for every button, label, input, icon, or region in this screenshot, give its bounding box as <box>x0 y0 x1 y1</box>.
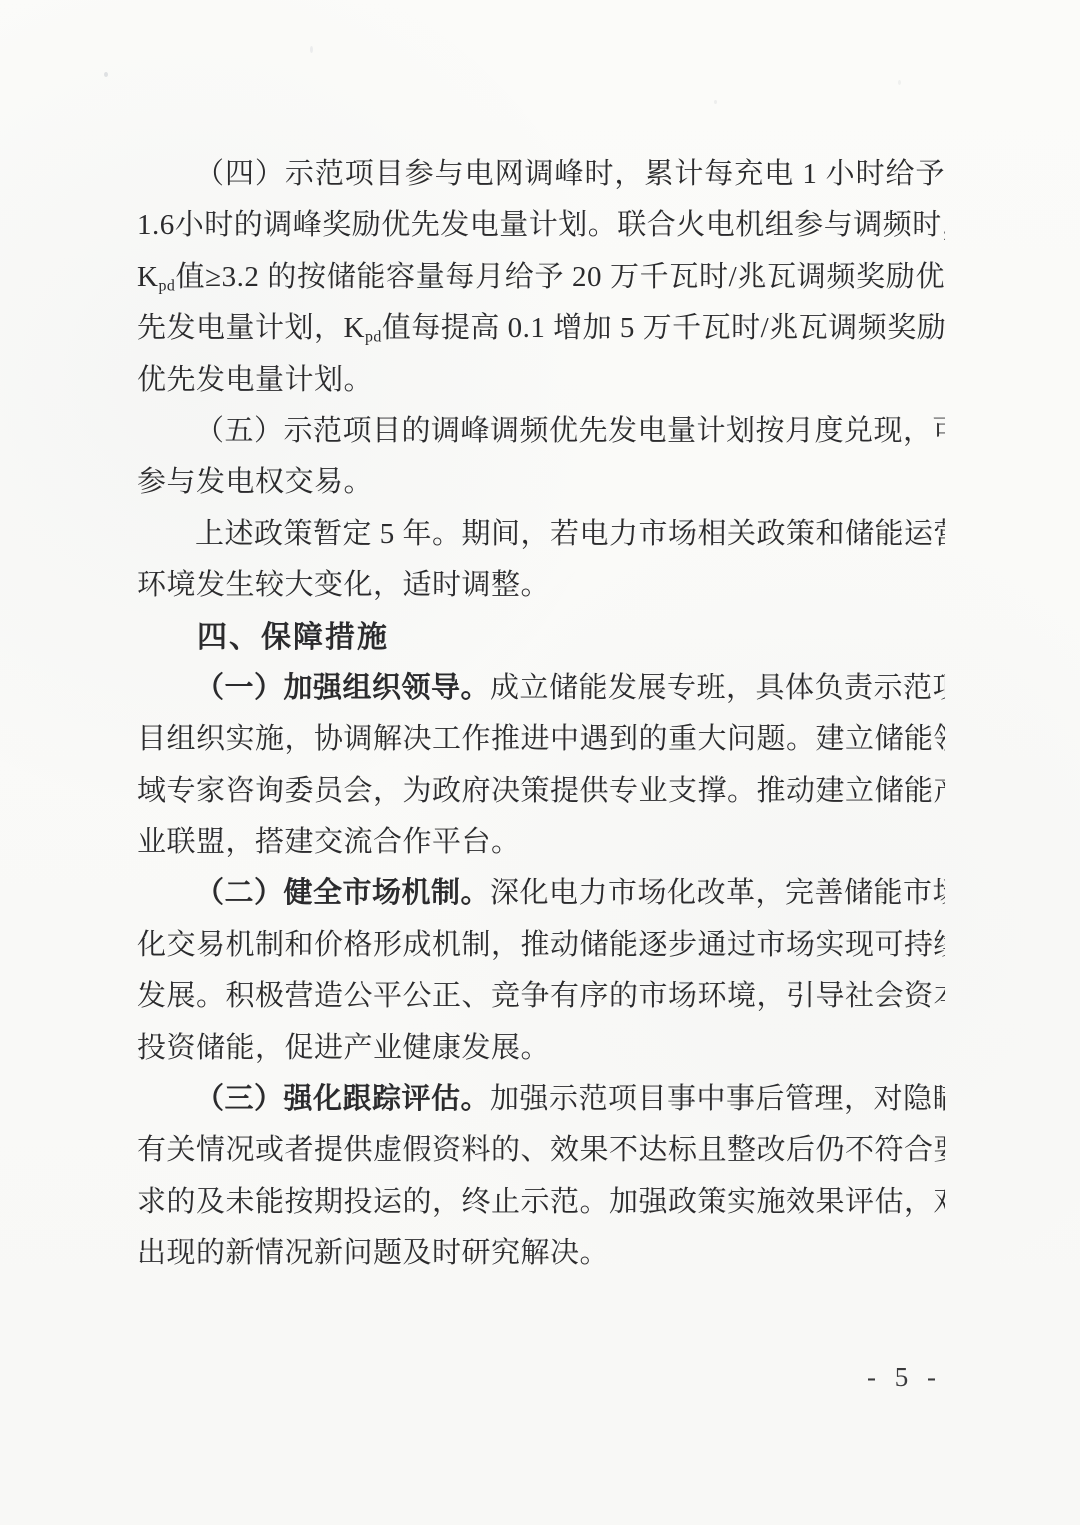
text-line: 投资储能，促进产业健康发展。 <box>137 1023 945 1074</box>
text-line: （四）示范项目参与电网调峰时，累计每充电 1 小时给予 <box>137 149 945 200</box>
paragraph: （二）健全市场机制。深化电力市场化改革，完善储能市场化交易机制和价格形成机制，推… <box>137 868 945 1074</box>
text-line: 业联盟，搭建交流合作平台。 <box>137 817 945 868</box>
text-segment: （五）示范项目的调峰调频优先发电量计划按月度兑现，可 <box>195 415 945 447</box>
scan-speck <box>898 80 901 85</box>
text-segment: 成立储能发展专班，具体负责示范项 <box>490 672 945 704</box>
text-line: 上述政策暂定 5 年。期间，若电力市场相关政策和储能运营 <box>137 509 945 560</box>
text-segment: 深化电力市场化改革，完善储能市场 <box>490 877 945 909</box>
text-segment: 投资储能，促进产业健康发展。 <box>137 1032 550 1064</box>
text-line: 域专家咨询委员会，为政府决策提供专业支撑。推动建立储能产 <box>137 766 945 817</box>
scan-speck <box>310 46 313 53</box>
text-segment: 1.6小时的调峰奖励优先发电量计划。联合火电机组参与调频时， <box>137 209 945 241</box>
text-line: （五）示范项目的调峰调频优先发电量计划按月度兑现，可 <box>137 406 945 457</box>
text-line: Kpd值≥3.2 的按储能容量每月给予 20 万千瓦时/兆瓦调频奖励优 <box>137 252 945 303</box>
text-line: （三）强化跟踪评估。加强示范项目事中事后管理，对隐瞒 <box>137 1074 945 1125</box>
text-segment: 发展。积极营造公平公正、竞争有序的市场环境，引导社会资本 <box>137 980 945 1012</box>
text-segment: 业联盟，搭建交流合作平台。 <box>137 826 521 858</box>
text-segment: 求的及未能按期投运的，终止示范。加强政策实施效果评估，对 <box>137 1186 945 1218</box>
text-line: 发展。积极营造公平公正、竞争有序的市场环境，引导社会资本 <box>137 971 945 1022</box>
text-segment: 目组织实施，协调解决工作推进中遇到的重大问题。建立储能领 <box>137 723 945 755</box>
scan-speck <box>104 72 108 77</box>
paragraph: （四）示范项目参与电网调峰时，累计每充电 1 小时给予1.6小时的调峰奖励优先发… <box>137 149 945 406</box>
text-line: 1.6小时的调峰奖励优先发电量计划。联合火电机组参与调频时， <box>137 200 945 251</box>
scan-speck <box>714 100 717 104</box>
text-line: （一）加强组织领导。成立储能发展专班，具体负责示范项 <box>137 663 945 714</box>
text-segment: 参与发电权交易。 <box>137 466 373 498</box>
text-line: 出现的新情况新问题及时研究解决。 <box>137 1228 945 1279</box>
text-segment: 值每提高 0.1 增加 5 万千瓦时/兆瓦调频奖励 <box>382 312 945 344</box>
text-segment: 四、保障措施 <box>197 621 389 654</box>
text-segment: （一）加强组织领导。 <box>195 672 490 704</box>
text-segment: （三）强化跟踪评估。 <box>195 1083 490 1115</box>
text-segment: （四）示范项目参与电网调峰时，累计每充电 1 小时给予 <box>195 158 945 190</box>
paragraph: （三）强化跟踪评估。加强示范项目事中事后管理，对隐瞒有关情况或者提供虚假资料的、… <box>137 1074 945 1280</box>
text-line: 目组织实施，协调解决工作推进中遇到的重大问题。建立储能领 <box>137 714 945 765</box>
subscript-text: pd <box>158 277 175 294</box>
text-segment: 先发电量计划，K <box>137 312 365 344</box>
text-segment: 环境发生较大变化，适时调整。 <box>137 569 550 601</box>
text-segment: 上述政策暂定 5 年。期间，若电力市场相关政策和储能运营 <box>195 518 945 550</box>
document-content: （四）示范项目参与电网调峰时，累计每充电 1 小时给予1.6小时的调峰奖励优先发… <box>137 149 945 1280</box>
section-heading: 四、保障措施 <box>137 612 945 663</box>
text-segment: 出现的新情况新问题及时研究解决。 <box>137 1237 609 1269</box>
paragraph: （五）示范项目的调峰调频优先发电量计划按月度兑现，可参与发电权交易。 <box>137 406 945 509</box>
text-segment: （二）健全市场机制。 <box>195 877 490 909</box>
text-segment: 加强示范项目事中事后管理，对隐瞒 <box>490 1083 945 1115</box>
text-line: 参与发电权交易。 <box>137 457 945 508</box>
paragraph: （一）加强组织领导。成立储能发展专班，具体负责示范项目组织实施，协调解决工作推进… <box>137 663 945 869</box>
text-line: 四、保障措施 <box>137 612 945 663</box>
text-segment: K <box>137 261 158 293</box>
text-segment: 化交易机制和价格形成机制，推动储能逐步通过市场实现可持续 <box>137 929 945 961</box>
paragraph: 上述政策暂定 5 年。期间，若电力市场相关政策和储能运营环境发生较大变化，适时调… <box>137 509 945 612</box>
text-segment: 值≥3.2 的按储能容量每月给予 20 万千瓦时/兆瓦调频奖励优 <box>175 261 945 293</box>
text-line: 有关情况或者提供虚假资料的、效果不达标且整改后仍不符合要 <box>137 1125 945 1176</box>
text-line: 优先发电量计划。 <box>137 355 945 406</box>
subscript-text: pd <box>365 329 382 346</box>
page-number: - 5 - <box>867 1362 942 1393</box>
text-line: 先发电量计划，Kpd值每提高 0.1 增加 5 万千瓦时/兆瓦调频奖励 <box>137 303 945 354</box>
text-line: 环境发生较大变化，适时调整。 <box>137 560 945 611</box>
text-line: 化交易机制和价格形成机制，推动储能逐步通过市场实现可持续 <box>137 920 945 971</box>
text-line: （二）健全市场机制。深化电力市场化改革，完善储能市场 <box>137 868 945 919</box>
text-segment: 优先发电量计划。 <box>137 364 373 396</box>
document-page: （四）示范项目参与电网调峰时，累计每充电 1 小时给予1.6小时的调峰奖励优先发… <box>0 0 1080 1525</box>
text-segment: 有关情况或者提供虚假资料的、效果不达标且整改后仍不符合要 <box>137 1134 945 1166</box>
text-segment: 域专家咨询委员会，为政府决策提供专业支撑。推动建立储能产 <box>137 775 945 807</box>
text-line: 求的及未能按期投运的，终止示范。加强政策实施效果评估，对 <box>137 1177 945 1228</box>
